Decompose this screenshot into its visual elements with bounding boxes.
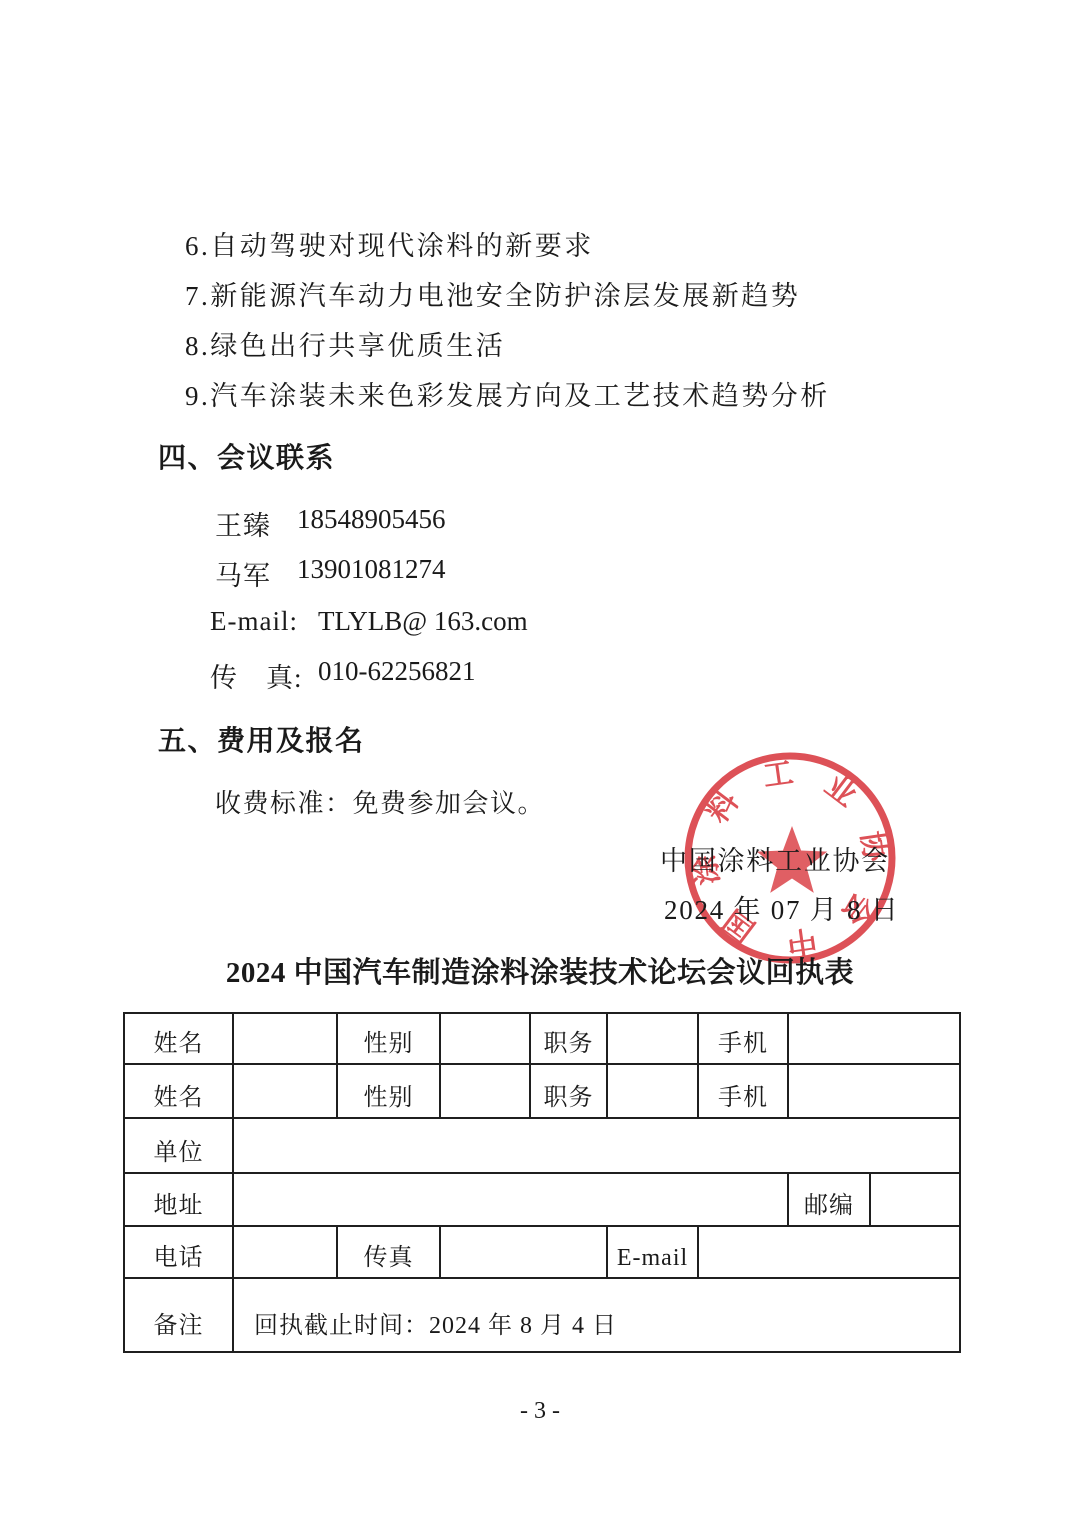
contact-value: TLYLB@ 163.com	[318, 606, 528, 637]
phone-label: 电话	[124, 1226, 233, 1278]
table-row-attendee-2: 姓名 性别 职务 手机	[124, 1064, 960, 1118]
reply-table: 姓名 性别 职务 手机 姓名 性别 职务 手机 单位 地址 邮编	[123, 1012, 961, 1353]
page-number: - 3 -	[0, 1398, 1080, 1425]
mobile-field	[788, 1013, 960, 1064]
fax-field	[440, 1226, 607, 1278]
contact-value: 18548905456	[297, 504, 446, 543]
contact-line: 王臻 18548905456	[215, 504, 446, 543]
fee-standard-line: 收费标准：免费参加会议。	[215, 783, 545, 820]
address-field	[233, 1173, 788, 1226]
mobile-label: 手机	[698, 1013, 788, 1064]
fax-label: 传真	[337, 1226, 440, 1278]
contact-label: 王臻	[215, 504, 297, 543]
contact-line: 传 真: 010-62256821	[210, 656, 476, 695]
name-field	[233, 1013, 337, 1064]
phone-field	[233, 1226, 337, 1278]
table-row-phone: 电话 传真 E-mail	[124, 1226, 960, 1278]
section-heading-fee: 五、费用及报名	[158, 719, 365, 759]
contact-line: E-mail: TLYLB@ 163.com	[210, 606, 528, 637]
contact-label: E-mail:	[210, 606, 318, 637]
mobile-field	[788, 1064, 960, 1118]
name-label: 姓名	[124, 1064, 233, 1118]
contact-value: 13901081274	[297, 554, 446, 593]
signature-date: 2024 年 07 月 8 日	[664, 888, 900, 927]
table-row-address: 地址 邮编	[124, 1173, 960, 1226]
topic-item-7: 7.新能源汽车动力电池安全防护涂层发展新趋势	[185, 274, 800, 313]
contact-value: 010-62256821	[318, 656, 476, 695]
name-label: 姓名	[124, 1013, 233, 1064]
remark-label: 备注	[124, 1278, 233, 1352]
signature-org: 中国涂料工业协会	[660, 839, 890, 878]
mobile-label: 手机	[698, 1064, 788, 1118]
position-label: 职务	[530, 1013, 607, 1064]
name-field	[233, 1064, 337, 1118]
table-row-attendee-1: 姓名 性别 职务 手机	[124, 1013, 960, 1064]
gender-label: 性别	[337, 1013, 440, 1064]
organization-label: 单位	[124, 1118, 233, 1173]
topic-item-9: 9.汽车涂装未来色彩发展方向及工艺技术趋势分析	[185, 374, 830, 413]
email-label: E-mail	[607, 1226, 698, 1278]
address-label: 地址	[124, 1173, 233, 1226]
contact-line: 马军 13901081274	[215, 554, 446, 593]
gender-label: 性别	[337, 1064, 440, 1118]
position-label: 职务	[530, 1064, 607, 1118]
organization-field	[233, 1118, 960, 1173]
reply-table-title: 2024 中国汽车制造涂料涂装技术论坛会议回执表	[0, 950, 1080, 991]
topic-item-6: 6.自动驾驶对现代涂料的新要求	[185, 224, 594, 263]
zipcode-field	[870, 1173, 960, 1226]
table-row-remark: 备注 回执截止时间：2024 年 8 月 4 日	[124, 1278, 960, 1352]
section-heading-contact: 四、会议联系	[158, 436, 335, 476]
gender-field	[440, 1064, 530, 1118]
stamp-ring-char: 业	[819, 769, 863, 813]
topic-item-8: 8.绿色出行共享优质生活	[185, 324, 505, 363]
table-row-organization: 单位	[124, 1118, 960, 1173]
email-field	[698, 1226, 960, 1278]
position-field	[607, 1013, 698, 1064]
contact-label: 马军	[215, 554, 297, 593]
contact-label: 传 真:	[210, 656, 318, 695]
remark-content: 回执截止时间：2024 年 8 月 4 日	[233, 1278, 960, 1352]
document-page: 6.自动驾驶对现代涂料的新要求 7.新能源汽车动力电池安全防护涂层发展新趋势 8…	[0, 0, 1080, 1527]
zipcode-label: 邮编	[788, 1173, 870, 1226]
stamp-ring-char: 料	[701, 786, 745, 830]
position-field	[607, 1064, 698, 1118]
gender-field	[440, 1013, 530, 1064]
stamp-ring-char: 工	[761, 756, 795, 793]
